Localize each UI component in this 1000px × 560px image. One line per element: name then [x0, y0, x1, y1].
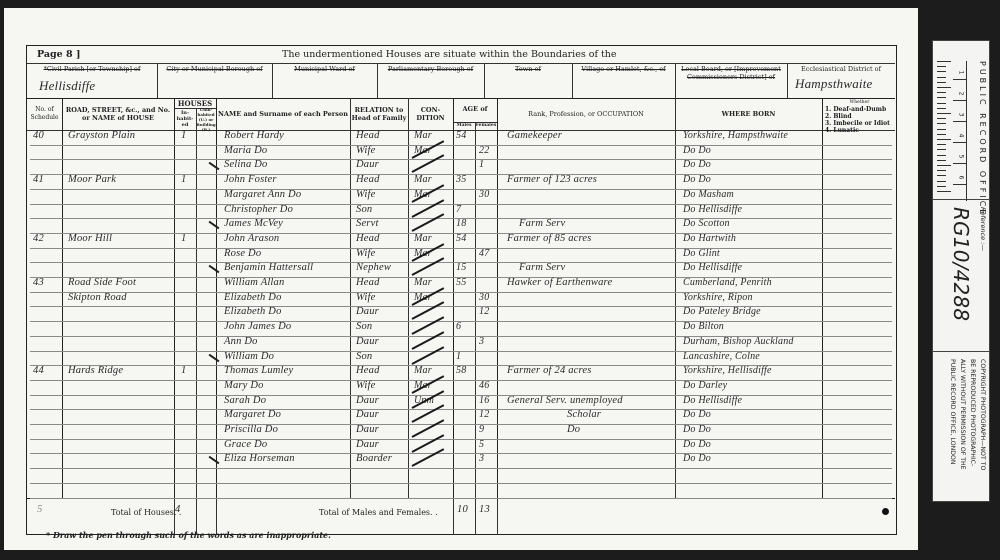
schedule-number — [33, 437, 61, 452]
copyright-notice: COPYRIGHT PHOTOGRAPH—NOT TO BE REPRODUCE… — [947, 359, 987, 470]
condition: Mar — [414, 363, 454, 378]
relation: Head — [356, 172, 408, 187]
male-age — [456, 451, 476, 466]
relation: Wife — [356, 246, 408, 261]
schedule-header: No. of Schedule — [27, 98, 62, 130]
person-name: Thomas Lumley — [224, 363, 354, 378]
person-name: Benjamin Hattersall — [224, 260, 354, 275]
birthplace — [683, 466, 828, 481]
infirmity-option: 3. Imbecile or Idiot — [825, 120, 894, 127]
person-name: Eliza Horseman — [224, 451, 354, 466]
occupation — [507, 481, 677, 496]
name-header: NAME and Surname of each Person — [216, 98, 350, 130]
female-age: 30 — [479, 290, 499, 305]
birthplace: Do Do — [683, 451, 828, 466]
schedule-number — [33, 407, 61, 422]
female-age — [479, 231, 499, 246]
inhabited-count — [181, 422, 195, 437]
district-label: Municipal Ward of — [275, 65, 374, 73]
ruler-tick — [937, 108, 946, 109]
house-name — [68, 334, 173, 349]
inhabited-count — [181, 304, 195, 319]
schedule-number — [33, 246, 61, 261]
occupation — [507, 466, 677, 481]
ruler-tick — [937, 61, 951, 62]
house-name — [68, 437, 173, 452]
occupation — [507, 451, 677, 466]
house-name — [68, 202, 173, 217]
person-name: Grace Do — [224, 437, 354, 452]
ruler-tick — [937, 165, 951, 166]
inhabited-count — [181, 260, 195, 275]
female-age — [479, 216, 499, 231]
relation: Son — [356, 349, 408, 364]
birthplace: Yorkshire, Hellisdiffe — [683, 363, 828, 378]
male-age — [456, 407, 476, 422]
female-age: 16 — [479, 393, 499, 408]
house-name — [68, 246, 173, 261]
occupation: Farm Serv — [519, 260, 689, 275]
ruler-mark: 3 — [957, 113, 964, 117]
schedule-number: 42 — [33, 231, 61, 246]
occupation — [507, 157, 677, 172]
occupation — [507, 334, 677, 349]
house-name — [68, 378, 173, 393]
relation — [356, 481, 408, 496]
schedule-number — [33, 378, 61, 393]
house-name — [68, 481, 173, 496]
inhabited-count — [181, 143, 195, 158]
person-name: Margaret Do — [224, 407, 354, 422]
condition: Mar — [414, 231, 454, 246]
male-age: 58 — [456, 363, 476, 378]
inhabited-header: In-habit-ed — [174, 108, 196, 130]
condition-header: CON-DITION — [408, 98, 453, 130]
inhabited-count: 1 — [181, 363, 195, 378]
occupation-header: Rank, Profession, or OCCUPATION — [497, 98, 675, 130]
person-name: Maria Do — [224, 143, 354, 158]
house-name: Hards Ridge — [68, 363, 173, 378]
occupation — [507, 304, 677, 319]
schedule-number — [33, 319, 61, 334]
relation: Daur — [356, 334, 408, 349]
male-age — [456, 290, 476, 305]
female-age: 12 — [479, 407, 499, 422]
ruler-tick — [937, 186, 946, 187]
ruler-tick — [937, 113, 951, 114]
ruler-tick — [937, 160, 946, 161]
page-label: Page 8 ] — [37, 49, 80, 60]
birthplace: Do Scotton — [683, 216, 828, 231]
inhabited-count — [181, 319, 195, 334]
male-age: 54 — [456, 231, 476, 246]
birthplace: Do Masham — [683, 187, 828, 202]
birthplace: Yorkshire, Hampsthwaite — [683, 128, 828, 143]
schedule-number — [33, 481, 61, 496]
ruler-tick — [937, 123, 946, 124]
birthplace: Do Hartwith — [683, 231, 828, 246]
district-value: Hampsthwaite — [795, 76, 873, 92]
schedule-number — [33, 202, 61, 217]
house-name: Skipton Road — [68, 290, 173, 305]
birthplace: Do Do — [683, 157, 828, 172]
ruler-mark: 4 — [957, 134, 964, 138]
inhabited-count — [181, 349, 195, 364]
female-age: 5 — [479, 437, 499, 452]
occupation — [507, 378, 677, 393]
occupation: Farmer of 85 acres — [507, 231, 677, 246]
birthplace: Yorkshire, Ripon — [683, 290, 828, 305]
birthplace: Do Darley — [683, 378, 828, 393]
house-name — [68, 216, 173, 231]
female-age — [479, 349, 499, 364]
female-age — [479, 172, 499, 187]
house-name — [68, 451, 173, 466]
birthplace: Do Hellisdiffe — [683, 202, 828, 217]
female-age — [479, 481, 499, 496]
birthplace: Do Glint — [683, 246, 828, 261]
person-name: William Do — [224, 349, 354, 364]
birthplace: Lancashire, Colne — [683, 349, 828, 364]
ruler-tick — [937, 77, 946, 78]
male-age — [456, 393, 476, 408]
relation: Daur — [356, 393, 408, 408]
female-age: 9 — [479, 422, 499, 437]
schedule-number: 40 — [33, 128, 61, 143]
inhabited-count — [181, 290, 195, 305]
schedule-number: 44 — [33, 363, 61, 378]
occupation: Gamekeeper — [507, 128, 677, 143]
female-age — [479, 466, 499, 481]
inhabited-count — [181, 216, 195, 231]
schedule-number — [33, 466, 61, 481]
inhabited-count — [181, 187, 195, 202]
male-age: 54 — [456, 128, 476, 143]
male-age — [456, 378, 476, 393]
district-label: City or Municipal Borough of — [160, 65, 269, 73]
relation: Daur — [356, 157, 408, 172]
birthplace: Do Hellisdiffe — [683, 260, 828, 275]
person-name: Elizabeth Do — [224, 304, 354, 319]
house-name — [68, 422, 173, 437]
where-born-header: WHERE BORN — [675, 98, 822, 130]
schedule-number — [33, 422, 61, 437]
person-name: John James Do — [224, 319, 354, 334]
inhabited-count — [181, 378, 195, 393]
house-name — [68, 407, 173, 422]
person-name: John Foster — [224, 172, 354, 187]
relation: Daur — [356, 407, 408, 422]
ruler-tick — [937, 144, 946, 145]
schedule-number — [33, 334, 61, 349]
relation: Daur — [356, 422, 408, 437]
birthplace: Do Do — [683, 422, 828, 437]
schedule-number — [33, 349, 61, 364]
male-age — [456, 437, 476, 452]
relation: Servt — [356, 216, 408, 231]
ruler-tick — [937, 97, 946, 98]
ruler-mark: 5 — [957, 155, 964, 159]
infirmity-option: 4. Lunatic — [825, 127, 894, 134]
person-name — [224, 466, 354, 481]
inhabited-count — [181, 334, 195, 349]
relation: Head — [356, 363, 408, 378]
house-name — [68, 260, 173, 275]
house-name: Grayston Plain — [68, 128, 173, 143]
ruler-mark: 6 — [957, 176, 964, 180]
relation: Head — [356, 128, 408, 143]
occupation — [507, 349, 677, 364]
reference-number: RG10/4288 — [949, 207, 973, 321]
female-age — [479, 363, 499, 378]
female-age — [479, 319, 499, 334]
census-form: Page 8 ] The undermentioned Houses are s… — [26, 45, 897, 535]
ruler-tick — [937, 139, 951, 140]
female-age: 22 — [479, 143, 499, 158]
female-age: 46 — [479, 378, 499, 393]
male-age — [456, 334, 476, 349]
footnote: * Draw the pen through such of the words… — [46, 530, 331, 540]
ruler-tick — [937, 118, 946, 119]
male-age: 35 — [456, 172, 476, 187]
house-name — [68, 304, 173, 319]
schedule-number — [33, 187, 61, 202]
ruler-tick — [937, 87, 951, 88]
male-age — [456, 422, 476, 437]
person-name: Priscilla Do — [224, 422, 354, 437]
occupation: General Serv. unemployed — [507, 393, 677, 408]
inhabited-count — [181, 393, 195, 408]
house-name: Road Side Foot — [68, 275, 173, 290]
schedule-number — [33, 393, 61, 408]
male-age: 6 — [456, 319, 476, 334]
male-age: 7 — [456, 202, 476, 217]
occupation — [507, 202, 677, 217]
occupation: Farmer of 24 acres — [507, 363, 677, 378]
female-age: 47 — [479, 246, 499, 261]
district-label: Ecclesiastical District of — [790, 65, 892, 73]
condition: Mar — [414, 172, 454, 187]
district-label: Village or Hamlet, &c., of — [575, 65, 672, 73]
ruler-tick — [937, 155, 946, 156]
schedule-number — [33, 157, 61, 172]
birthplace: Cumberland, Penrith — [683, 275, 828, 290]
ruler-tick — [937, 149, 946, 150]
ruler-tick — [937, 92, 946, 93]
birthplace: Do Do — [683, 407, 828, 422]
schedule-number — [33, 260, 61, 275]
inhabited-count — [181, 407, 195, 422]
ruler-tick — [937, 134, 946, 135]
inhabited-count — [181, 157, 195, 172]
ruler-tick — [937, 191, 951, 192]
infirmity-option: 2. Blind — [825, 113, 894, 120]
birthplace: Do Do — [683, 172, 828, 187]
person-name: Elizabeth Do — [224, 290, 354, 305]
relation: Wife — [356, 187, 408, 202]
house-name — [68, 187, 173, 202]
ruler-tick — [937, 181, 946, 182]
female-age — [479, 275, 499, 290]
condition — [414, 481, 454, 496]
relation: Head — [356, 275, 408, 290]
ruler-mark: 2 — [957, 92, 964, 96]
inhabited-count — [181, 246, 195, 261]
relation: Son — [356, 319, 408, 334]
ruler-tick — [937, 82, 946, 83]
birthplace — [683, 481, 828, 496]
schedules-count: 5 — [37, 504, 42, 515]
relation-header: RELATION to Head of Family — [350, 98, 408, 130]
male-age — [456, 466, 476, 481]
person-name: Christopher Do — [224, 202, 354, 217]
total-houses-label: Total of Houses. . — [111, 508, 181, 517]
house-name — [68, 143, 173, 158]
female-age: 3 — [479, 451, 499, 466]
inhabited-count: 1 — [181, 172, 195, 187]
schedule-number — [33, 290, 61, 305]
person-name — [224, 481, 354, 496]
ruler-tick — [937, 129, 946, 130]
house-name — [68, 393, 173, 408]
occupation — [507, 437, 677, 452]
total-females: 13 — [479, 504, 490, 515]
male-age: 15 — [456, 260, 476, 275]
inhabited-count — [181, 481, 195, 496]
female-age — [479, 128, 499, 143]
relation: Wife — [356, 290, 408, 305]
condition: Mar — [414, 128, 454, 143]
house-name: Moor Park — [68, 172, 173, 187]
occupation — [507, 290, 677, 305]
schedule-number — [33, 304, 61, 319]
occupation: Farm Serv — [519, 216, 689, 231]
person-name: James McVey — [224, 216, 354, 231]
page-dot — [882, 508, 889, 515]
female-age: 1 — [479, 157, 499, 172]
person-name: Rose Do — [224, 246, 354, 261]
occupation — [507, 319, 677, 334]
male-age: 55 — [456, 275, 476, 290]
infirmity-header: Whether1. Deaf-and-Dumb2. Blind3. Imbeci… — [825, 99, 894, 134]
relation: Daur — [356, 304, 408, 319]
house-name — [68, 319, 173, 334]
page-title: The undermentioned Houses are situate wi… — [282, 49, 617, 60]
relation — [356, 466, 408, 481]
schedule-number — [33, 451, 61, 466]
ruler-mark: 1 — [957, 71, 964, 75]
male-age — [456, 304, 476, 319]
relation: Boarder — [356, 451, 408, 466]
relation: Daur — [356, 437, 408, 452]
occupation — [507, 187, 677, 202]
relation: Wife — [356, 143, 408, 158]
occupation: Farmer of 123 acres — [507, 172, 677, 187]
male-age — [456, 187, 476, 202]
schedule-number — [33, 143, 61, 158]
male-age — [456, 143, 476, 158]
district-label: Local Board, or [Improvement Commissione… — [678, 65, 784, 81]
house-name — [68, 349, 173, 364]
person-name: Ann Do — [224, 334, 354, 349]
occupation — [507, 246, 677, 261]
female-age — [479, 202, 499, 217]
birthplace: Do Bilton — [683, 319, 828, 334]
uninhabited-header: Unin-habited (U.) or Building (B.) — [196, 108, 216, 130]
person-name: Selina Do — [224, 157, 354, 172]
birthplace: Do Do — [683, 437, 828, 452]
total-males: 10 — [457, 504, 468, 515]
road-header: ROAD, STREET, &c., and No. or NAME of HO… — [62, 98, 174, 130]
schedule-number: 41 — [33, 172, 61, 187]
ruler-tick — [937, 175, 946, 176]
inhabited-count: 1 — [181, 128, 195, 143]
birthplace: Do Pateley Bridge — [683, 304, 828, 319]
condition — [414, 466, 454, 481]
district-label: Parliamentary Borough of — [380, 65, 481, 73]
schedule-number: 43 — [33, 275, 61, 290]
male-age: 1 — [456, 349, 476, 364]
relation: Wife — [356, 378, 408, 393]
person-name: Margaret Ann Do — [224, 187, 354, 202]
female-age — [479, 260, 499, 275]
reference-label: Reference :— — [979, 207, 987, 251]
schedule-number — [33, 216, 61, 231]
female-age: 3 — [479, 334, 499, 349]
district-label: Town of — [487, 65, 569, 73]
ruler-tick — [937, 170, 946, 171]
office-label: PUBLIC RECORD OFFICE — [978, 61, 987, 217]
house-name — [68, 466, 173, 481]
house-name — [68, 157, 173, 172]
inhabited-count — [181, 202, 195, 217]
male-age — [456, 481, 476, 496]
inhabited-count — [181, 275, 195, 290]
ruler-tick — [937, 103, 946, 104]
male-age — [456, 157, 476, 172]
person-name: Mary Do — [224, 378, 354, 393]
person-name: Robert Hardy — [224, 128, 354, 143]
female-age: 30 — [479, 187, 499, 202]
birthplace: Do Hellisdiffe — [683, 393, 828, 408]
infirmity-option: 1. Deaf-and-Dumb — [825, 106, 894, 113]
house-name: Moor Hill — [68, 231, 173, 246]
relation: Son — [356, 202, 408, 217]
total-persons-label: Total of Males and Females. . — [319, 508, 438, 517]
total-houses-value: 4 — [175, 504, 180, 515]
relation: Nephew — [356, 260, 408, 275]
birthplace: Durham, Bishop Auckland — [683, 334, 828, 349]
birthplace: Do Do — [683, 143, 828, 158]
male-age: 18 — [456, 216, 476, 231]
female-age: 12 — [479, 304, 499, 319]
inhabited-count — [181, 437, 195, 452]
male-age — [456, 246, 476, 261]
occupation: Hawker of Earthenware — [507, 275, 677, 290]
inhabited-count — [181, 451, 195, 466]
inhabited-count: 1 — [181, 231, 195, 246]
ruler-tick — [937, 66, 946, 67]
record-office-strip: PUBLIC RECORD OFFICE Reference :— RG10/4… — [932, 40, 990, 502]
ruler-tick — [937, 71, 946, 72]
person-name: William Allan — [224, 275, 354, 290]
district-value: Hellisdiffe — [39, 78, 95, 94]
occupation — [507, 143, 677, 158]
person-name: John Arason — [224, 231, 354, 246]
person-name: Sarah Do — [224, 393, 354, 408]
age-header: AGE of — [453, 100, 497, 118]
condition: Mar — [414, 275, 454, 290]
